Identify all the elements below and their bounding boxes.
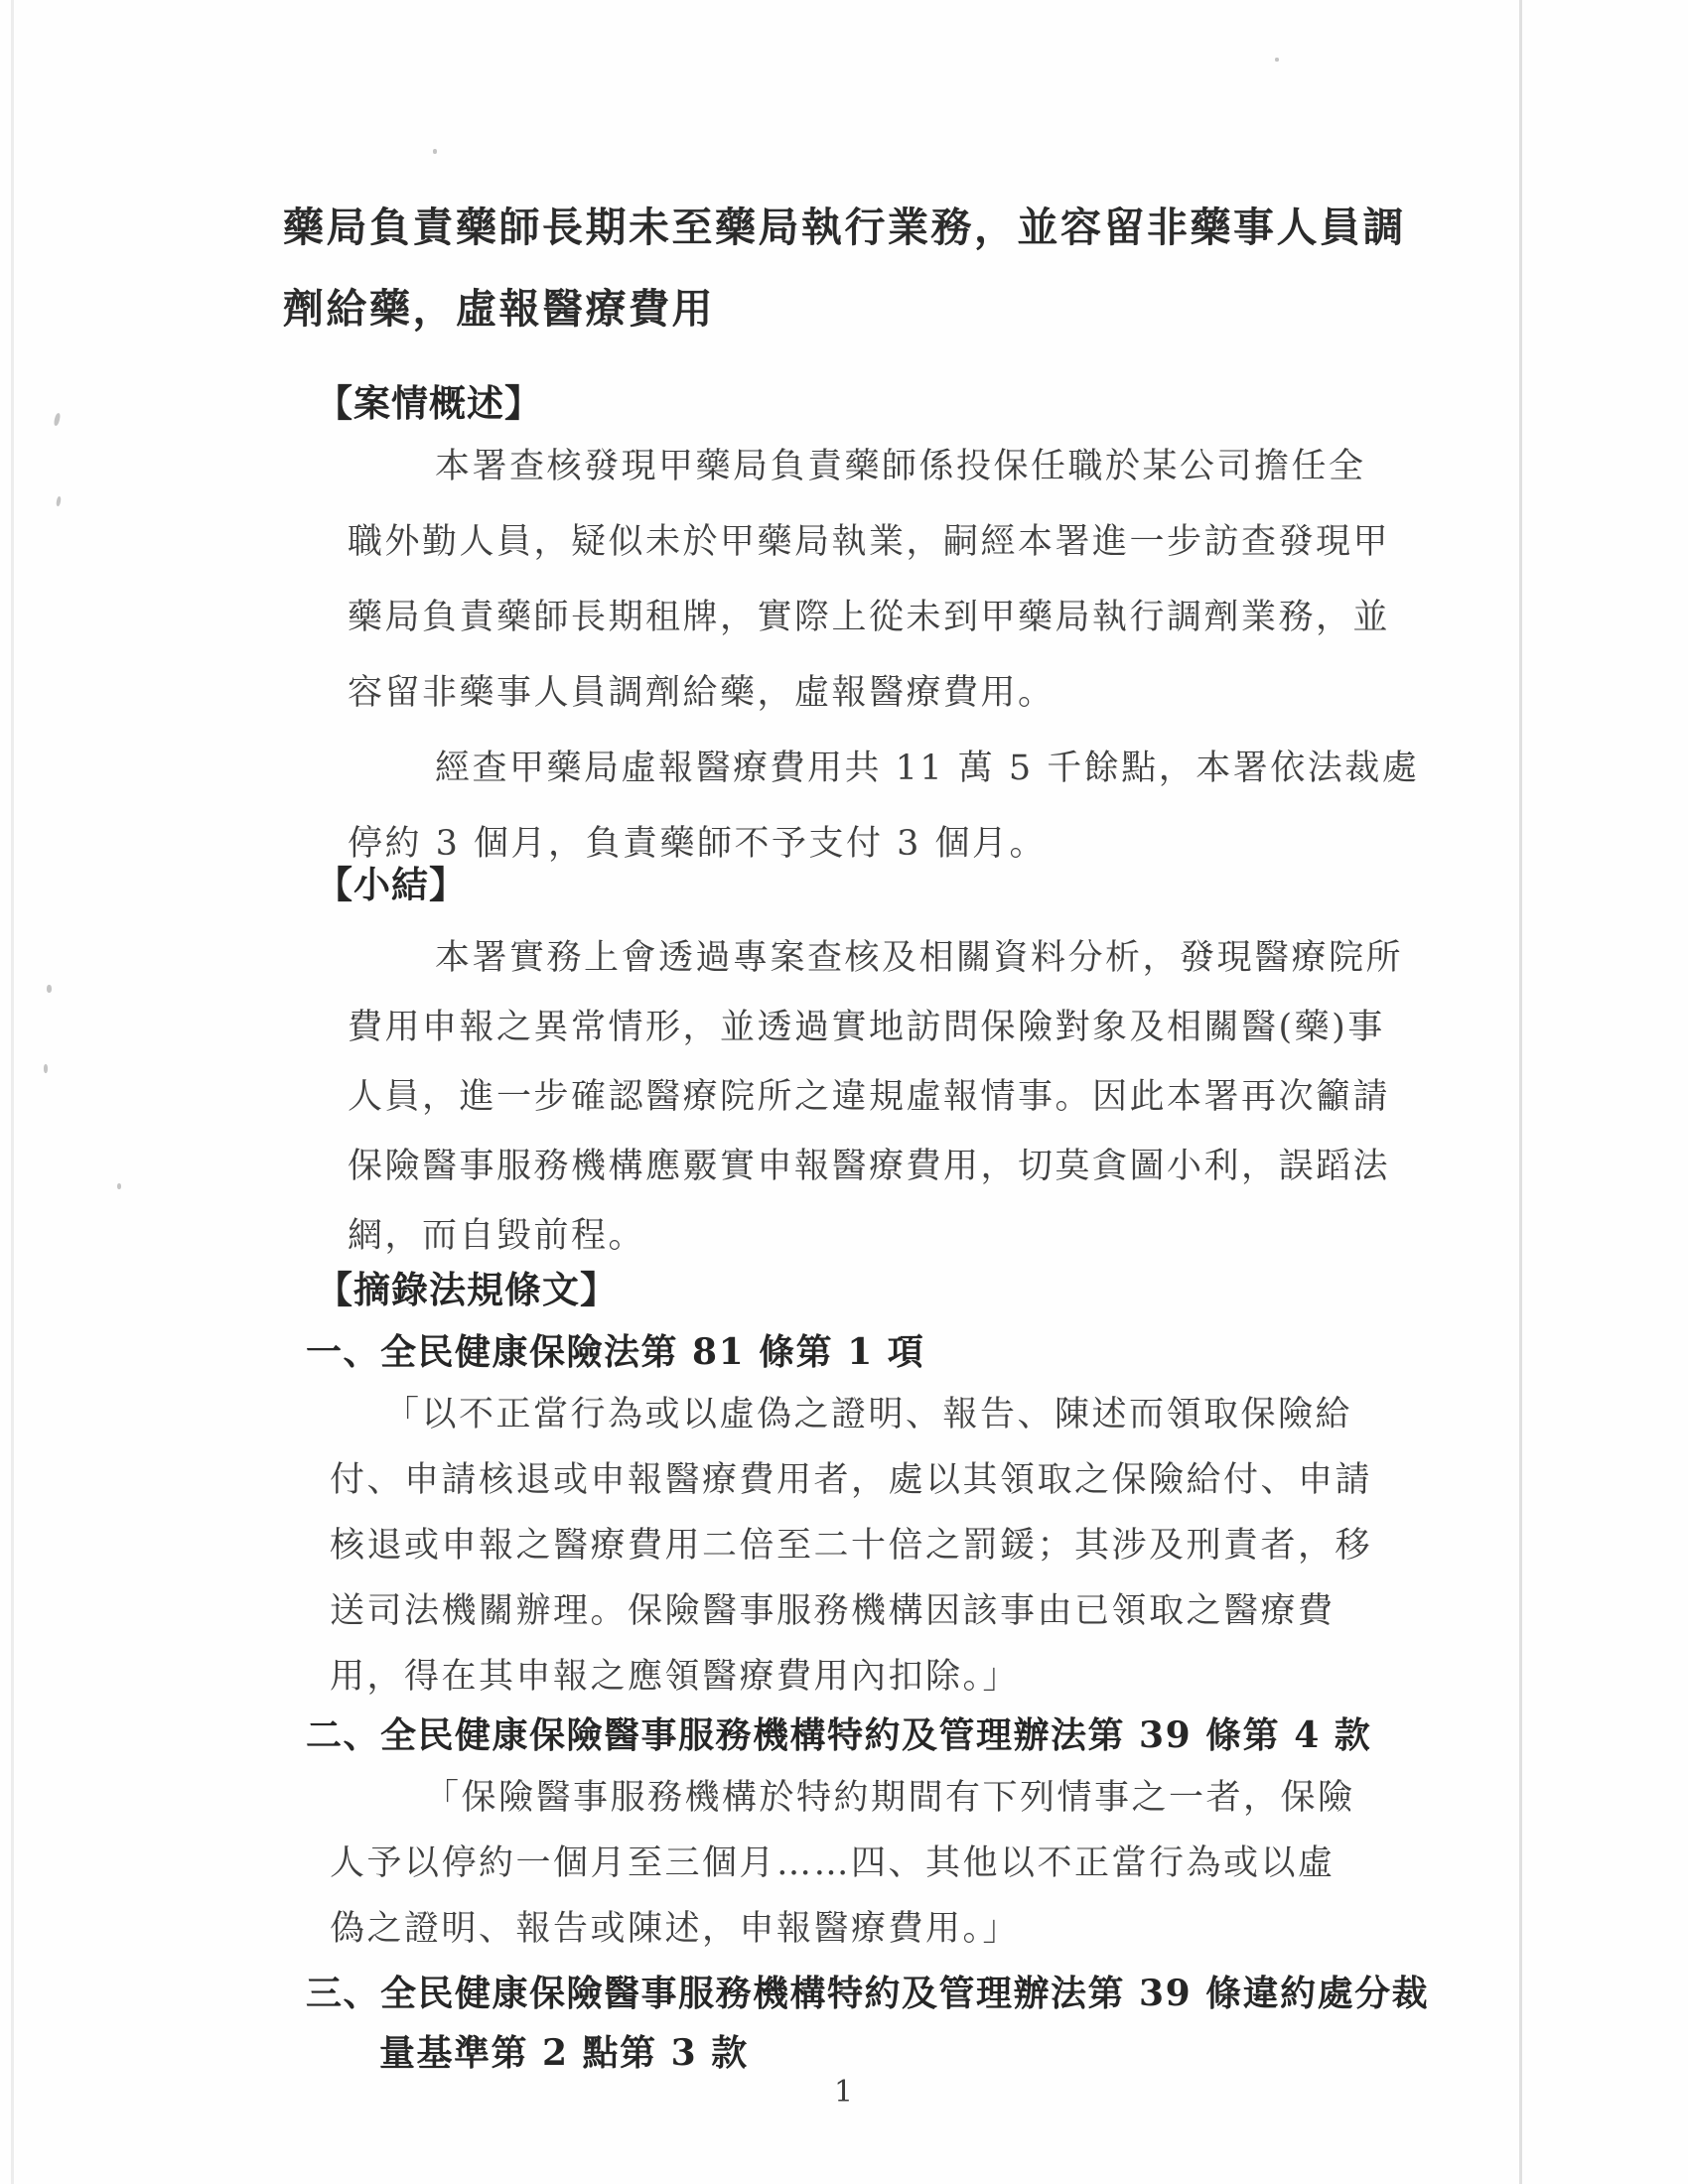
scan-speck (117, 1183, 121, 1189)
case-paragraph-2: 經查甲藥局虛報醫療費用共 11 萬 5 千餘點，本署依法裁處 停約 3 個月，負… (348, 731, 1450, 882)
text-line: 容留非藥事人員調劑給藥，虛報醫療費用。 (348, 655, 1450, 731)
text-line: 人員，進一步確認醫療院所之違規虛報情事。因此本署再次籲請 (348, 1062, 1450, 1132)
law-item-1-title: 一、全民健康保險法第 81 條第 1 項 (306, 1330, 924, 1374)
text-line: 藥局負責藥師長期租牌，實際上從未到甲藥局執行調劑業務，並 (348, 580, 1450, 655)
scan-speck (433, 149, 437, 154)
conclusion-paragraph: 本署實務上會透過專案查核及相關資料分析，發現醫療院所 費用申報之異常情形，並透過… (348, 923, 1450, 1271)
law-item-3-title: 三、全民健康保險醫事服務機構特約及管理辦法第 39 條違約處分裁 (306, 1972, 1429, 2015)
law-item-1-quote: 「以不正當行為或以虛偽之證明、報告、陳述而領取保險給 付、申請核退或申報醫療費用… (330, 1382, 1432, 1709)
text-line: 人予以停約一個月至三個月……四、其他以不正當行為或以虛 (330, 1831, 1432, 1896)
scan-speck (54, 413, 62, 427)
law-item-2-quote: 「保險醫事服務機構於特約期間有下列情事之一者，保險 人予以停約一個月至三個月……… (330, 1765, 1432, 1962)
scan-edge-left (11, 0, 14, 2184)
document-title-line: 藥局負責藥師長期未至藥局執行業務，並容留非藥事人員調 (283, 187, 1475, 268)
scan-speck (56, 496, 62, 507)
text-line: 經查甲藥局虛報醫療費用共 11 萬 5 千餘點，本署依法裁處 (348, 731, 1450, 806)
text-line: 送司法機關辦理。保險醫事服務機構因該事由已領取之醫療費 (330, 1578, 1432, 1644)
section-heading-conclusion: 【小結】 (316, 863, 467, 906)
case-paragraph-1: 本署查核發現甲藥局負責藥師係投保任職於某公司擔任全 職外勤人員，疑似未於甲藥局執… (348, 429, 1450, 731)
section-heading-law-excerpts: 【摘錄法規條文】 (316, 1268, 618, 1311)
text-line: 偽之證明、報告或陳述，申報醫療費用。」 (330, 1896, 1432, 1962)
scanned-document-page: 藥局負責藥師長期未至藥局執行業務，並容留非藥事人員調 劑給藥，虛報醫療費用 【案… (0, 0, 1688, 2184)
text-line: 本署實務上會透過專案查核及相關資料分析，發現醫療院所 (348, 923, 1450, 993)
scan-speck (47, 985, 52, 993)
text-line: 付、申請核退或申報醫療費用者，處以其領取之保險給付、申請 (330, 1447, 1432, 1513)
text-line: 用，得在其申報之應領醫療費用內扣除。」 (330, 1644, 1432, 1709)
text-line: 核退或申報之醫療費用二倍至二十倍之罰鍰；其涉及刑責者，移 (330, 1513, 1432, 1578)
scan-speck (1275, 58, 1279, 62)
law-item-3-title-continuation: 量基準第 2 點第 3 款 (379, 2031, 749, 2075)
section-heading-case-summary: 【案情概述】 (316, 381, 542, 425)
text-line: 停約 3 個月，負責藥師不予支付 3 個月。 (348, 806, 1450, 882)
text-line: 「保險醫事服務機構於特約期間有下列情事之一者，保險 (330, 1765, 1432, 1831)
text-line: 「以不正當行為或以虛偽之證明、報告、陳述而領取保險給 (330, 1382, 1432, 1447)
page-number: 1 (834, 2075, 853, 2111)
document-title-line: 劑給藥，虛報醫療費用 (283, 268, 1475, 349)
text-line: 保險醫事服務機構應覈實申報醫療費用，切莫貪圖小利，誤蹈法 (348, 1132, 1450, 1201)
scan-edge-right (1519, 0, 1522, 2184)
text-line: 職外勤人員，疑似未於甲藥局執業，嗣經本署進一步訪查發現甲 (348, 504, 1450, 580)
law-item-2-title: 二、全民健康保險醫事服務機構特約及管理辦法第 39 條第 4 款 (306, 1713, 1371, 1757)
text-line: 網，而自毀前程。 (348, 1201, 1450, 1271)
document-title: 藥局負責藥師長期未至藥局執行業務，並容留非藥事人員調 劑給藥，虛報醫療費用 (283, 187, 1475, 349)
scan-speck (44, 1064, 48, 1073)
text-line: 費用申報之異常情形，並透過實地訪問保險對象及相關醫(藥)事 (348, 993, 1450, 1062)
text-line: 本署查核發現甲藥局負責藥師係投保任職於某公司擔任全 (348, 429, 1450, 504)
